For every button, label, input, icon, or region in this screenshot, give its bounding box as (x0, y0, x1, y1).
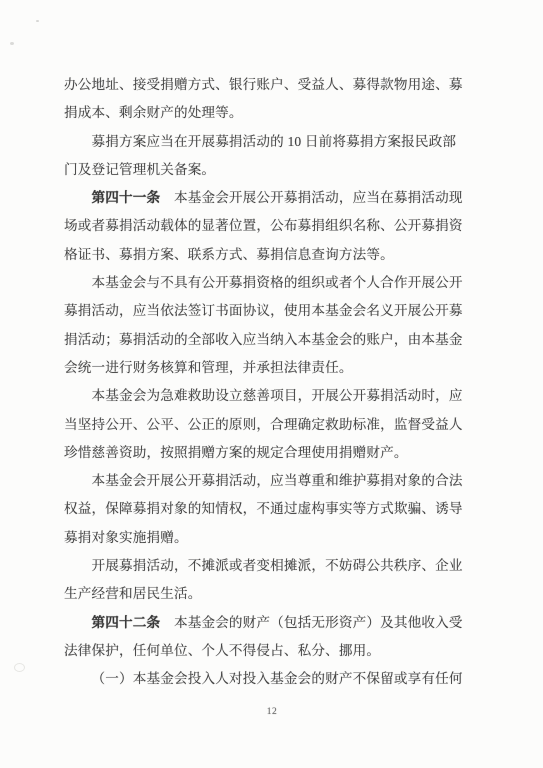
text-line: 法律保护，任何单位、个人不得侵占、私分、挪用。 (64, 637, 480, 665)
text-segment: 本基金会的财产（包括无形资产）及其他收入受 (160, 615, 462, 630)
text-line: 第四十二条 本基金会的财产（包括无形资产）及其他收入受 (64, 609, 480, 637)
text-segment: 当坚持公开、公平、公正的原则，合理确定救助标准，监督受益人 (64, 417, 463, 432)
text-segment: 本基金会与不具有公开募捐资格的组织或者个人合作开展公开 (92, 275, 463, 290)
text-line: 本基金会与不具有公开募捐资格的组织或者个人合作开展公开 (64, 269, 480, 297)
scanned-document-page: 办公地址、接受捐赠方式、银行账户、受益人、募得款物用途、募捐成本、剩余财产的处理… (0, 0, 543, 768)
text-segment: （一）本基金会投入人对投入基金会的财产不保留或享有任何 (92, 671, 463, 686)
text-segment: 募捐方案应当在开展募捐活动的 10 日前将募捐方案报民政部 (92, 134, 457, 149)
page-number: 12 (64, 707, 480, 717)
text-line: 捐成本、剩余财产的处理等。 (64, 99, 480, 127)
text-line: 募捐对象实施捐赠。 (64, 524, 480, 552)
text-line: 开展募捐活动，不摊派或者变相摊派，不妨碍公共秩序、企业 (64, 552, 480, 580)
scan-speck (36, 20, 39, 22)
text-line: 场或者募捐活动载体的显著位置，公布募捐组织名称、公开募捐资 (64, 212, 480, 240)
text-segment: 办公地址、接受捐赠方式、银行账户、受益人、募得款物用途、募 (64, 77, 463, 92)
text-line: 募捐活动，应当依法签订书面协议，使用本基金会名义开展公开募 (64, 297, 480, 325)
text-line: 本基金会开展公开募捐活动，应当尊重和维护募捐对象的合法 (64, 467, 480, 495)
text-segment: 本基金会开展公开募捐活动，应当尊重和维护募捐对象的合法 (92, 473, 463, 488)
scan-speck (10, 42, 14, 45)
text-line: 权益，保障募捐对象的知情权，不通过虚构事实等方式欺骗、诱导 (64, 495, 480, 523)
text-segment: 捐成本、剩余财产的处理等。 (64, 105, 243, 120)
text-line: 格证书、募捐方案、联系方式、募捐信息查询方法等。 (64, 241, 480, 269)
text-segment: 场或者募捐活动载体的显著位置，公布募捐组织名称、公开募捐资 (64, 218, 463, 233)
text-line: 会统一进行财务核算和管理，并承担法律责任。 (64, 354, 480, 382)
scan-speck (14, 663, 25, 672)
text-segment: 会统一进行财务核算和管理，并承担法律责任。 (64, 360, 353, 375)
text-line: 生产经营和居民生活。 (64, 580, 480, 608)
text-segment: 法律保护，任何单位、个人不得侵占、私分、挪用。 (64, 643, 380, 658)
text-segment: 格证书、募捐方案、联系方式、募捐信息查询方法等。 (64, 247, 394, 262)
text-line: 捐活动；募捐活动的全部收入应当纳入本基金会的账户，由本基金 (64, 326, 480, 354)
text-line: 募捐方案应当在开展募捐活动的 10 日前将募捐方案报民政部 (64, 128, 480, 156)
clause-number: 第四十二条 (92, 615, 161, 630)
text-segment: 开展募捐活动，不摊派或者变相摊派，不妨碍公共秩序、企业 (92, 558, 463, 573)
text-segment: 本基金会开展公开募捐活动，应当在募捐活动现 (160, 190, 462, 205)
text-line: 当坚持公开、公平、公正的原则，合理确定救助标准，监督受益人 (64, 411, 480, 439)
text-line: 第四十一条 本基金会开展公开募捐活动，应当在募捐活动现 (64, 184, 480, 212)
text-line: 本基金会为急难救助设立慈善项目，开展公开募捐活动时，应 (64, 382, 480, 410)
text-line: 门及登记管理机关备案。 (64, 156, 480, 184)
text-segment: 募捐对象实施捐赠。 (64, 530, 188, 545)
text-segment: 本基金会为急难救助设立慈善项目，开展公开募捐活动时，应 (92, 388, 463, 403)
clause-number: 第四十一条 (92, 190, 161, 205)
text-segment: 募捐活动，应当依法签订书面协议，使用本基金会名义开展公开募 (64, 303, 463, 318)
document-body: 办公地址、接受捐赠方式、银行账户、受益人、募得款物用途、募捐成本、剩余财产的处理… (64, 71, 480, 694)
text-segment: 捐活动；募捐活动的全部收入应当纳入本基金会的账户，由本基金 (64, 332, 463, 347)
text-line: （一）本基金会投入人对投入基金会的财产不保留或享有任何 (64, 665, 480, 693)
text-segment: 生产经营和居民生活。 (64, 586, 201, 601)
text-segment: 门及登记管理机关备案。 (64, 162, 215, 177)
text-line: 办公地址、接受捐赠方式、银行账户、受益人、募得款物用途、募 (64, 71, 480, 99)
text-segment: 权益，保障募捐对象的知情权，不通过虚构事实等方式欺骗、诱导 (64, 501, 463, 516)
text-segment: 珍惜慈善资助，按照捐赠方案的规定合理使用捐赠财产。 (64, 445, 408, 460)
text-line: 珍惜慈善资助，按照捐赠方案的规定合理使用捐赠财产。 (64, 439, 480, 467)
